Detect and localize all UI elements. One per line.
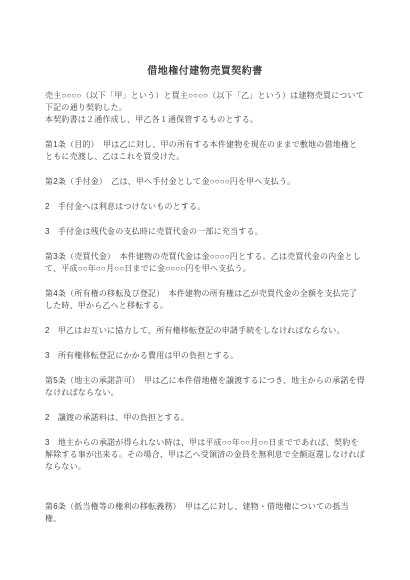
document-title: 借地権付建物売買契約書 <box>45 66 365 78</box>
clause-4-item-2: 2 甲乙はお互いに協力して、所有権移転登記の申請手続をしなければならない。 <box>45 325 365 337</box>
clause-5-item-3: 3 地主からの承諾が得られない時は、甲は平成○○年○○月○○日までであれば、契約… <box>45 437 365 473</box>
clause-2: 第2条（手付金） 乙は、甲へ手付金として金○○○○円を甲へ支払う。 <box>45 176 365 188</box>
clause-1: 第1条（目的） 甲は乙に対し、甲の所有する本件建物を現在のままで敷地の借地権とと… <box>45 139 365 163</box>
clause-6: 第6条（抵当権等の権利の移転義務） 甲は乙に対し、建物・借地権についての抵当権、 <box>45 501 365 525</box>
preamble-line-1: 売主○○○○（以下「甲」という）と買主○○○○（以下「乙」という）は建物売買につ… <box>45 90 365 114</box>
clause-2-item-3: 3 手付金は残代金の支払時に売買代金の一部に充当する。 <box>45 226 365 238</box>
contract-document-page: 借地権付建物売買契約書 売主○○○○（以下「甲」という）と買主○○○○（以下「乙… <box>0 0 410 580</box>
clause-2-item-2: 2 手付金へは利息はつけないものとする。 <box>45 201 365 213</box>
clause-5: 第5条（地主の承諾許可） 甲は乙に本件借地権を譲渡するにつき、地主からの承諾を得… <box>45 375 365 399</box>
clause-4: 第4条（所有権の移転及び登記） 本件建物の所有権は乙が売買代金の全額を支払完了し… <box>45 288 365 312</box>
clause-4-item-3: 3 所有権移転登記にかかる費用は甲の負担とする。 <box>45 350 365 362</box>
clause-3: 第3条（売買代金） 本件建物の売買代金は金○○○○円とする。乙は売買代金の内金と… <box>45 251 365 275</box>
clause-5-item-2: 2 譲渡の承諾料は、甲の負担とする。 <box>45 412 365 424</box>
document-body: 売主○○○○（以下「甲」という）と買主○○○○（以下「乙」という）は建物売買につ… <box>45 90 365 525</box>
preamble-line-2: 本契約書は２通作成し、甲乙各１通保管するものとする。 <box>45 114 365 126</box>
